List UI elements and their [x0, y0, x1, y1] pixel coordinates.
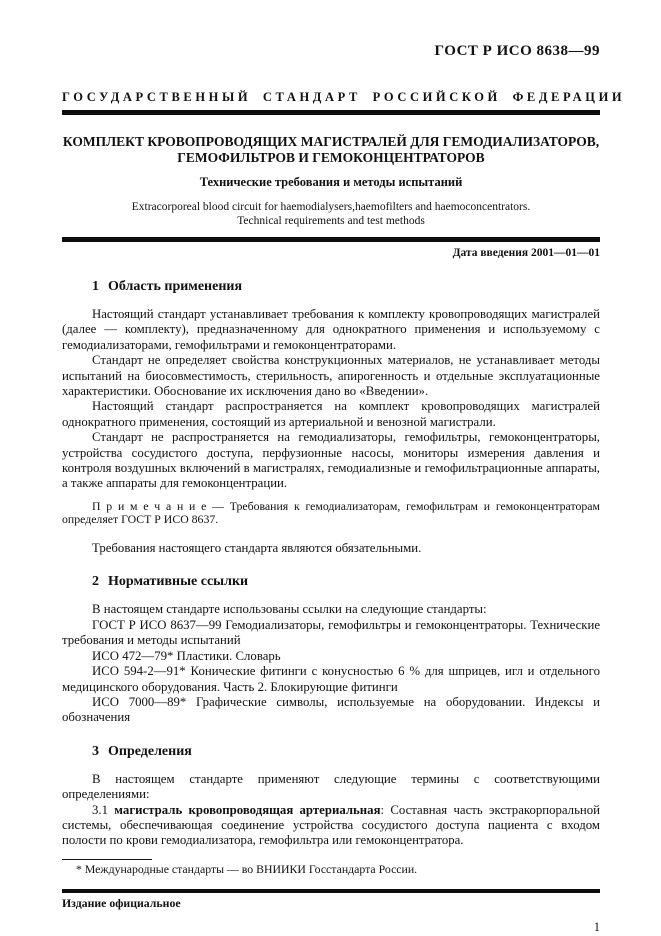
paragraph: Требования настоящего стандарта являются… [62, 541, 600, 556]
page-number: 1 [62, 920, 600, 934]
divider-footer [62, 889, 600, 893]
definition-3-1: 3.1 магистраль кровопроводящая артериаль… [62, 803, 600, 849]
title-en-line-1: Extracorporeal blood circuit for haemodi… [62, 200, 600, 214]
paragraph: В настоящем стандарте использованы ссылк… [62, 602, 600, 617]
note-paragraph: П р и м е ч а н и е — Требования к гемод… [62, 500, 600, 527]
title-ru-line-1: КОМПЛЕКТ КРОВОПРОВОДЯЩИХ МАГИСТРАЛЕЙ ДЛЯ… [62, 134, 600, 150]
section-3-title: Определения [108, 744, 192, 759]
reference-item: ИСО 7000—89* Графические символы, исполь… [62, 695, 600, 726]
document-subtitle: Технические требования и методы испытани… [62, 175, 600, 189]
divider-header [62, 110, 600, 115]
effective-date: Дата введения 2001—01—01 [62, 246, 600, 261]
section-2-number: 2 [92, 574, 99, 589]
footnote-rule [62, 859, 152, 860]
section-1-title: Область применения [108, 279, 242, 294]
section-1-heading: 1Область применения [62, 278, 600, 295]
paragraph: Стандарт не определяет свойства конструк… [62, 353, 600, 399]
paragraph: Стандарт не распространяется на гемодиал… [62, 430, 600, 492]
term-number: 3.1 [92, 803, 114, 817]
section-1-number: 1 [92, 279, 99, 294]
reference-item: ИСО 472—79* Пластики. Словарь [62, 649, 600, 664]
title-en-line-2: Technical requirements and test methods [62, 214, 600, 228]
paragraph: Настоящий стандарт устанавливает требова… [62, 307, 600, 353]
doc-code: ГОСТ Р ИСО 8638—99 [62, 0, 600, 59]
term-name: магистраль кровопроводящая артериальная [114, 803, 380, 817]
document-title-en: Extracorporeal blood circuit for haemodi… [62, 200, 600, 228]
document-title-ru: КОМПЛЕКТ КРОВОПРОВОДЯЩИХ МАГИСТРАЛЕЙ ДЛЯ… [62, 134, 600, 165]
paragraph: Настоящий стандарт распространяется на к… [62, 399, 600, 430]
section-3-number: 3 [92, 744, 99, 759]
divider-title [62, 237, 600, 242]
title-ru-line-2: ГЕМОФИЛЬТРОВ И ГЕМОКОНЦЕНТРАТОРОВ [62, 150, 600, 166]
reference-item: ГОСТ Р ИСО 8637—99 Гемодиализаторы, гемо… [62, 618, 600, 649]
official-edition-label: Издание официальное [62, 896, 600, 910]
footnote-text: * Международные стандарты — во ВНИИКИ Го… [62, 863, 600, 877]
section-2-title: Нормативные ссылки [108, 574, 248, 589]
section-2-heading: 2Нормативные ссылки [62, 573, 600, 590]
reference-item: ИСО 594-2—91* Конические фитинги с конус… [62, 664, 600, 695]
section-3-heading: 3Определения [62, 743, 600, 760]
federation-title: ГОСУДАРСТВЕННЫЙ СТАНДАРТ РОССИЙСКОЙ ФЕДЕ… [62, 91, 600, 104]
paragraph: В настоящем стандарте применяют следующи… [62, 772, 600, 803]
document-page: ГОСТ Р ИСО 8638—99 ГОСУДАРСТВЕННЫЙ СТАНД… [0, 0, 661, 936]
